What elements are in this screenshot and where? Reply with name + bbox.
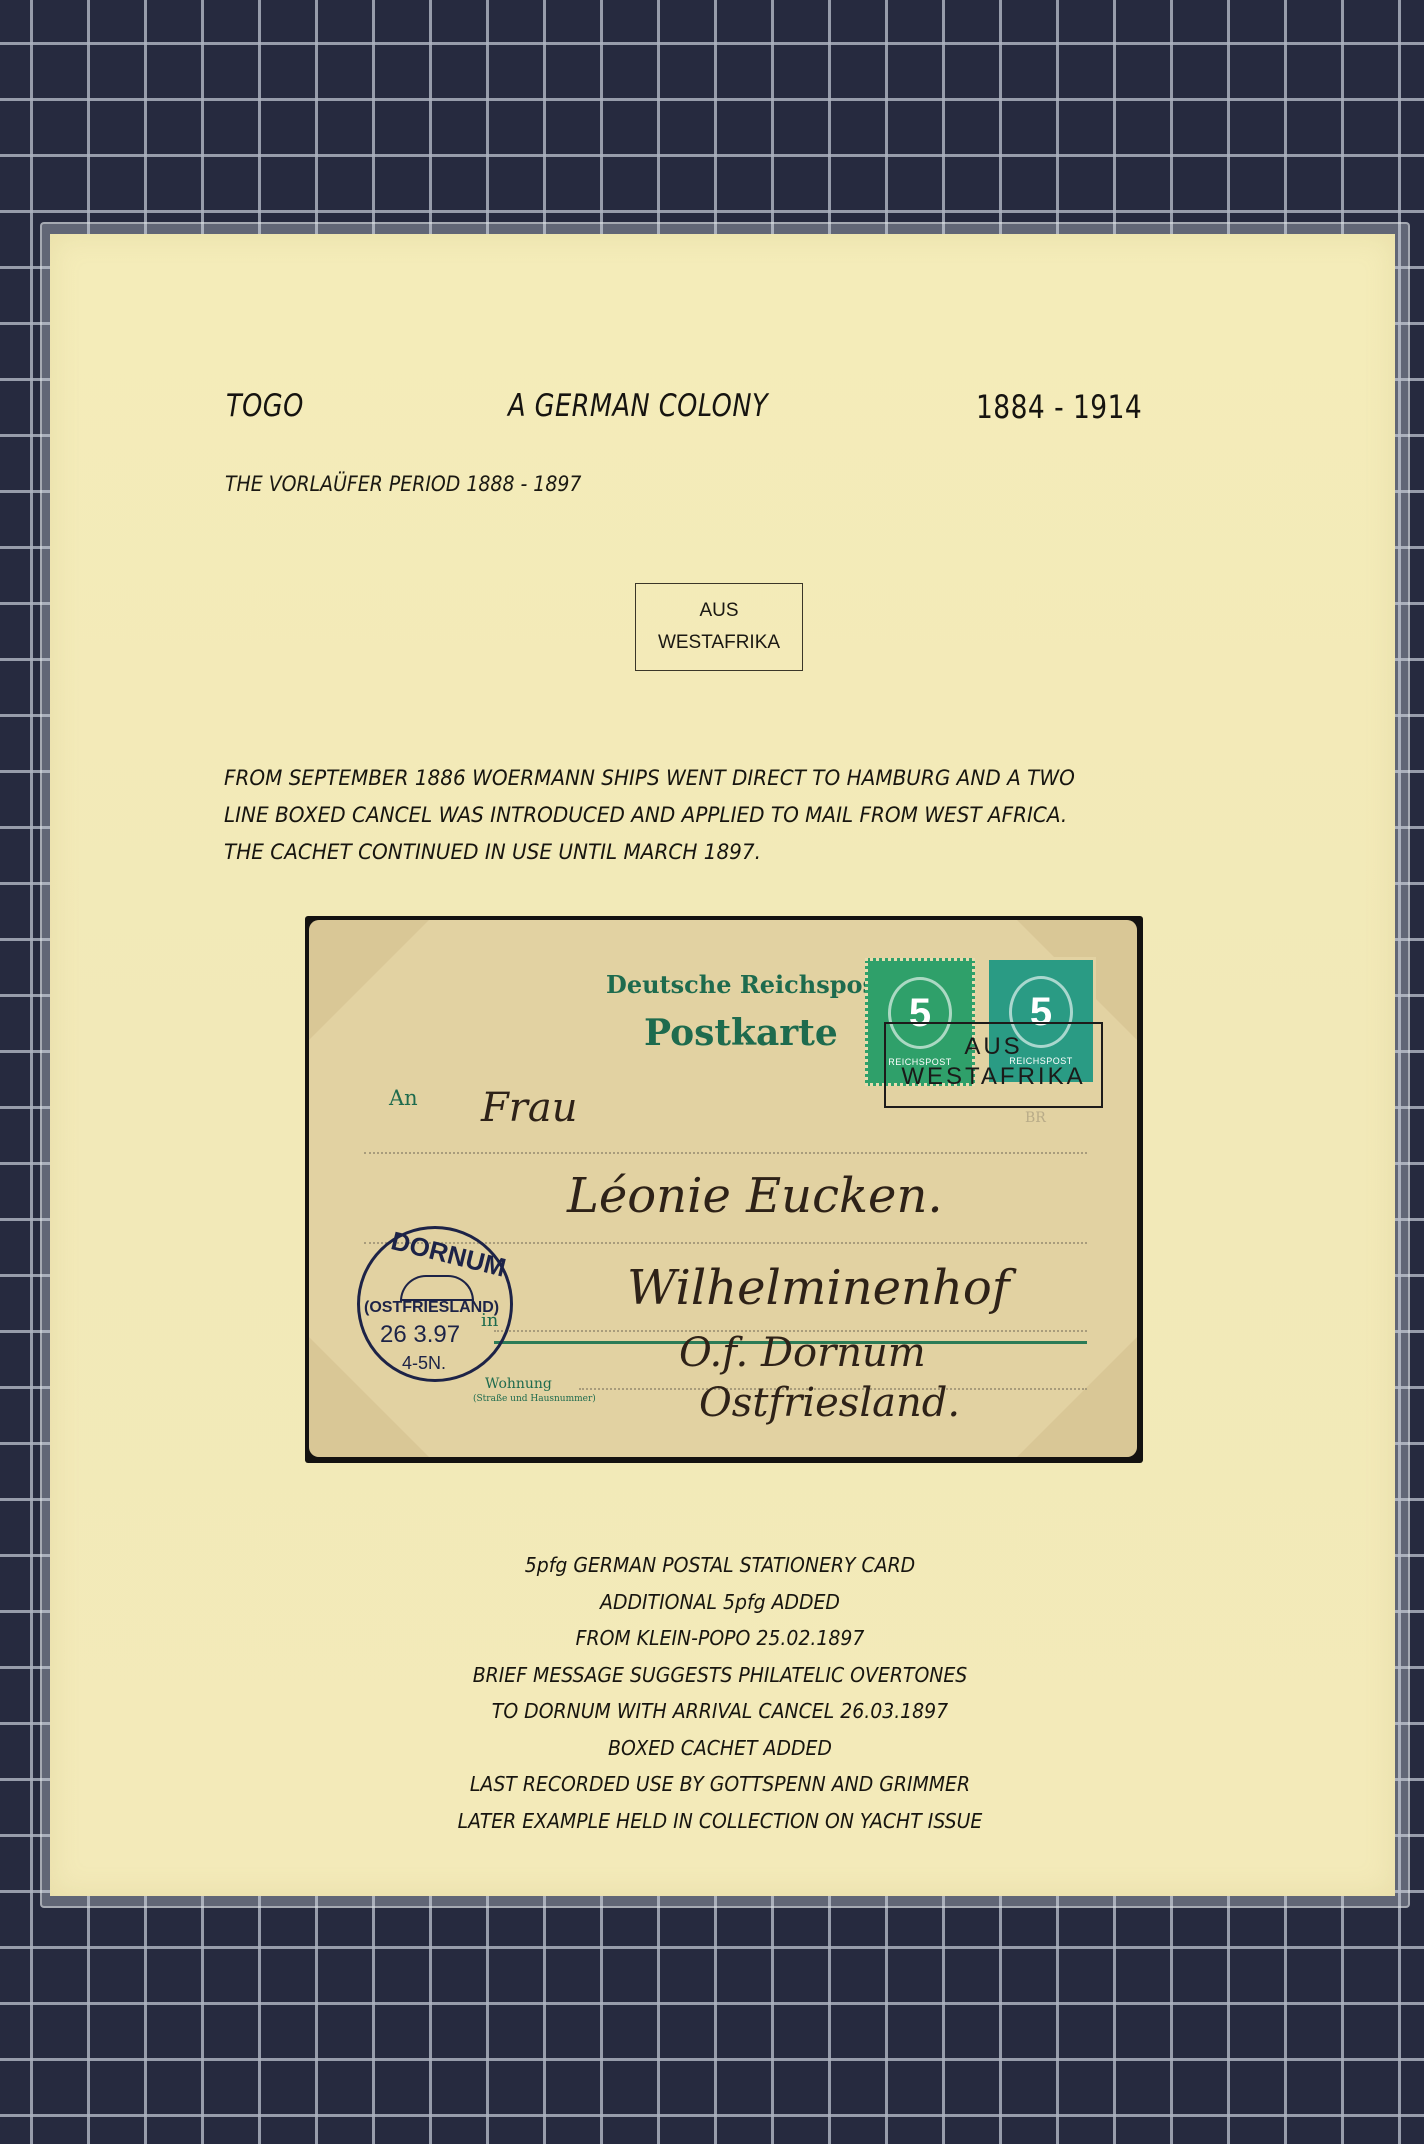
wohnung-sublabel: (Straße und Hausnummer) — [473, 1394, 596, 1404]
cancel-line-1: AUS — [886, 1032, 1101, 1062]
dornum-postmark: DORNUM (OSTFRIESLAND) 26 3.97 4-5N. — [357, 1226, 513, 1382]
caption-line: 5pfg GERMAN POSTAL STATIONERY CARD — [324, 1547, 1115, 1584]
pencil-note: BR — [1025, 1110, 1046, 1126]
postmark-arc-icon — [400, 1275, 474, 1301]
description-paragraph: FROM SEPTEMBER 1886 WOERMANN SHIPS WENT … — [224, 760, 1154, 871]
postcard-mount: Deutsche Reichspost Postkarte An 5 REICH… — [305, 916, 1143, 1463]
card-caption: 5pfg GERMAN POSTAL STATIONERY CARD ADDIT… — [290, 1547, 1150, 1839]
caption-line: TO DORNUM WITH ARRIVAL CANCEL 26.03.1897 — [324, 1693, 1115, 1730]
boxed-cancel-aus-westafrika: AUS WESTAFRIKA — [884, 1022, 1103, 1108]
cachet-line-2: WESTAFRIKA — [658, 632, 780, 654]
mount-corner — [309, 920, 429, 1040]
postmark-time: 4-5N. — [402, 1353, 446, 1374]
subtitle: THE VORLAÜFER PERIOD 1888 - 1897 — [225, 472, 581, 496]
cancel-line-2: WESTAFRIKA — [886, 1062, 1101, 1092]
handwritten-region: Ostfriesland. — [699, 1380, 960, 1426]
caption-line: FROM KLEIN-POPO 25.02.1897 — [324, 1620, 1115, 1657]
caption-line: ADDITIONAL 5pfg ADDED — [324, 1584, 1115, 1621]
wohnung-label: Wohnung — [485, 1376, 552, 1392]
mount-corner — [1017, 1337, 1137, 1457]
caption-line: LAST RECORDED USE BY GOTTSPENN AND GRIMM… — [324, 1766, 1115, 1803]
postcard: Deutsche Reichspost Postkarte An 5 REICH… — [309, 920, 1137, 1457]
an-label: An — [389, 1086, 418, 1110]
caption-line: BOXED CACHET ADDED — [324, 1730, 1115, 1767]
address-line-1 — [364, 1152, 1087, 1154]
header-title: A GERMAN COLONY — [508, 388, 768, 424]
caption-line: LATER EXAMPLE HELD IN COLLECTION ON YACH… — [324, 1803, 1115, 1840]
cachet-illustration: AUS WESTAFRIKA — [635, 583, 803, 671]
header-country: TOGO — [226, 388, 304, 424]
description-line: THE CACHET CONTINUED IN USE UNTIL MARCH … — [224, 834, 1154, 871]
postmark-date: 26 3.97 — [380, 1321, 460, 1349]
printed-heading: Deutsche Reichspost — [606, 970, 887, 999]
handwritten-place: O.f. Dornum — [679, 1330, 926, 1376]
postmark-region: (OSTFRIESLAND) — [364, 1299, 499, 1317]
description-line: FROM SEPTEMBER 1886 WOERMANN SHIPS WENT … — [224, 760, 1154, 797]
printed-title: Postkarte — [644, 1012, 838, 1054]
handwritten-name: Léonie Eucken. — [567, 1168, 943, 1224]
handwritten-street: Wilhelminenhof — [627, 1260, 1010, 1316]
caption-line: BRIEF MESSAGE SUGGESTS PHILATELIC OVERTO… — [324, 1657, 1115, 1694]
handwritten-salutation: Frau — [481, 1085, 577, 1131]
description-line: LINE BOXED CANCEL WAS INTRODUCED AND APP… — [224, 797, 1154, 834]
header-years: 1884 - 1914 — [976, 388, 1142, 426]
cachet-line-1: AUS — [699, 600, 738, 622]
